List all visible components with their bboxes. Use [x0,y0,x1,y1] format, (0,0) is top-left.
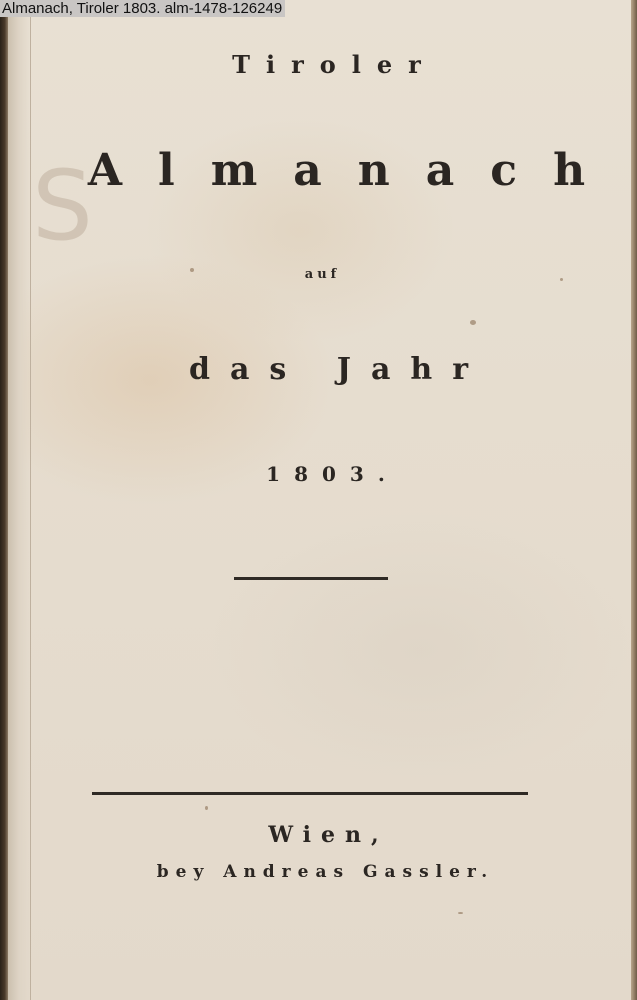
divider-short [234,577,388,580]
paper-speck [560,278,563,281]
imprint-place: Wien, [0,822,637,848]
paper-speck [470,320,476,325]
title-line-auf: auf [0,267,637,282]
paper-speck [205,806,208,810]
scanned-page: S Tiroler Almanach auf das Jahr 1803. Wi… [0,0,637,1000]
title-line-year: 1803. [0,462,637,486]
paper-speck [190,268,194,272]
divider-long [92,792,528,795]
imprint-publisher: bey Andreas Gassler. [0,862,637,882]
title-line-almanach: Almanach [0,145,637,196]
title-line-tiroler: Tiroler [0,50,637,79]
image-caption-label: Almanach, Tiroler 1803. alm-1478-126249 [0,0,285,17]
title-line-das-jahr: das Jahr [0,352,637,387]
paper-speck [458,912,463,914]
